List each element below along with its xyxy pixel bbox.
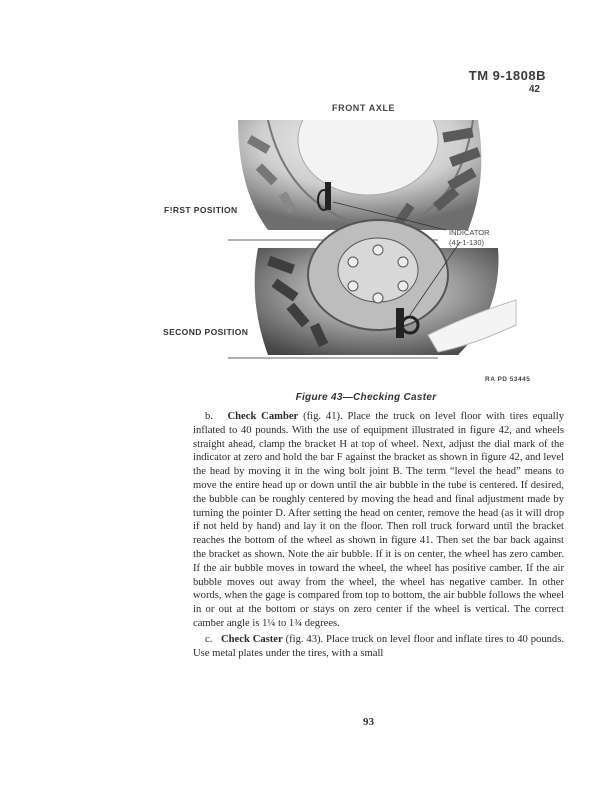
- paragraph-b-text: (fig. 41). Place the truck on level floo…: [193, 411, 564, 629]
- manual-id: TM 9-1808B: [469, 68, 546, 83]
- paragraph-b-heading: Check Camber: [228, 411, 299, 422]
- first-position-wheel: [238, 120, 481, 230]
- paragraph-c: c. Check Caster (fig. 43). Place truck o…: [193, 633, 564, 661]
- figure-caption: Figure 43—Checking Caster: [0, 392, 612, 403]
- body-text: b. Check Camber (fig. 41). Place the tru…: [193, 410, 564, 660]
- paragraph-b: b. Check Camber (fig. 41). Place the tru…: [193, 410, 564, 631]
- first-position-label: F!RST POSITION: [164, 205, 238, 215]
- page-number: 93: [0, 716, 612, 728]
- indicator-label: INDICATOR: [449, 228, 490, 238]
- indicator-callout: INDICATOR (41-1-130): [449, 228, 490, 248]
- section-number: 42: [469, 84, 540, 95]
- paragraph-b-marker: b.: [205, 411, 213, 422]
- indicator-part-number: (41-1-130): [449, 238, 490, 248]
- paragraph-c-heading: Check Caster: [221, 634, 283, 645]
- paragraph-c-marker: c.: [205, 634, 212, 645]
- figure-top-label: FRONT AXLE: [332, 103, 395, 113]
- figure-reference-code: RA PD 53445: [485, 376, 530, 383]
- second-position-label: SECOND POSITION: [163, 327, 248, 337]
- page-header: TM 9-1808B 42: [469, 68, 546, 95]
